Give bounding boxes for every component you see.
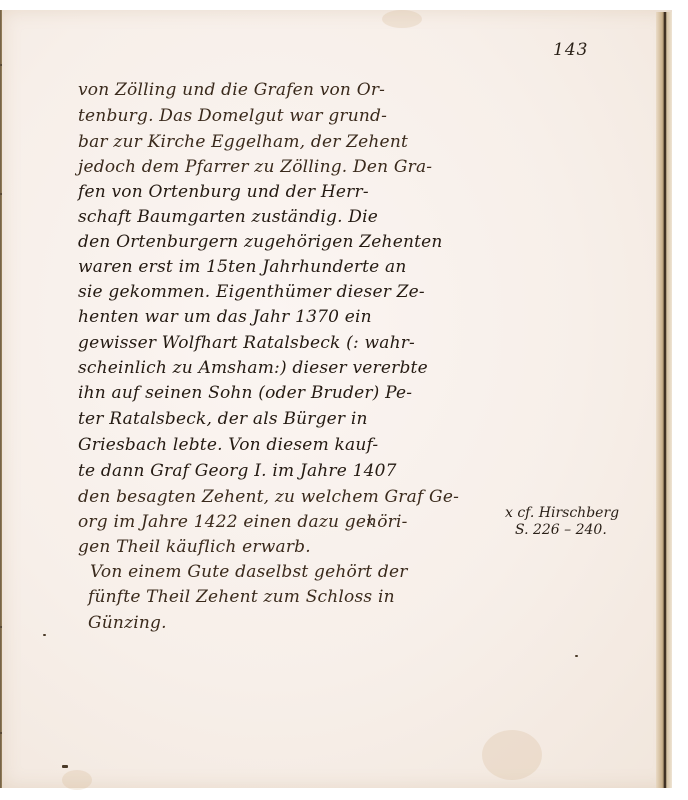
margin-note-reference: x cf. Hirschberg: [505, 505, 619, 521]
page-number: 143: [553, 40, 588, 60]
text-line: Griesbach lebte. Von diesem kauf-: [78, 435, 378, 455]
text-line: waren erst im 15ten Jahrhunderte an: [78, 257, 407, 277]
text-line: bar zur Kirche Eggelham, der Zehent: [78, 132, 408, 152]
margin-note-pages: S. 226 – 240.: [515, 522, 607, 538]
ink-speck: [575, 655, 578, 657]
text-line: gewisser Wolfhart Ratalsbeck (: wahr-: [78, 333, 415, 353]
paper-stain: [382, 10, 422, 28]
text-line: sie gekommen. Eigenthümer dieser Ze-: [78, 282, 425, 302]
text-line: jedoch dem Pfarrer zu Zölling. Den Gra-: [78, 157, 432, 177]
page-edge-shadow: [664, 12, 666, 788]
footnote-mark: x: [367, 515, 373, 528]
text-line: Von einem Gute daselbst gehört der: [90, 562, 408, 582]
paper-stain: [62, 770, 92, 790]
text-line: den besagten Zehent, zu welchem Graf Ge-: [78, 487, 459, 507]
text-line: ter Ratalsbeck, der als Bürger in: [78, 409, 368, 429]
text-line: fen von Ortenburg und der Herr-: [78, 182, 369, 202]
text-line: Günzing.: [88, 613, 167, 633]
ink-speck: [62, 765, 68, 768]
text-line: schaft Baumgarten zuständig. Die: [78, 207, 378, 227]
text-line: ihn auf seinen Sohn (oder Bruder) Pe-: [78, 383, 412, 403]
text-line: scheinlich zu Amsham:) dieser vererbte: [78, 358, 428, 378]
text-line: fünfte Theil Zehent zum Schloss in: [88, 587, 395, 607]
text-line: tenburg. Das Domelgut war grund-: [78, 106, 387, 126]
text-line: henten war um das Jahr 1370 ein: [78, 307, 372, 327]
ink-speck: [43, 634, 46, 636]
text-line: den Ortenburgern zugehörigen Zehenten: [78, 232, 443, 252]
text-line: te dann Graf Georg I. im Jahre 1407: [78, 461, 397, 481]
text-line: von Zölling und die Grafen von Or-: [78, 80, 385, 100]
text-line: gen Theil käuflich erwarb.: [78, 537, 311, 557]
text-line: org im Jahre 1422 einen dazu gehöri-: [78, 512, 408, 532]
paper-stain: [482, 730, 542, 780]
